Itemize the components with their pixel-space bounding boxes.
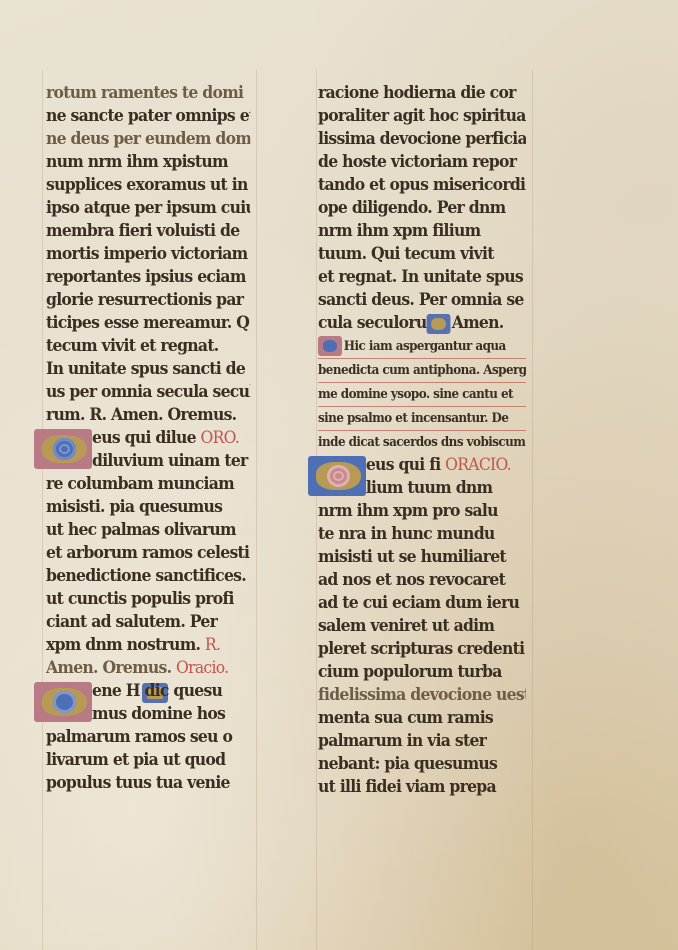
text-line: et regnat. In unitate spus [318,266,526,289]
text-line: supplices exoramus ut in [46,174,250,197]
rubric-line: sine psalmo et incensantur. De [318,407,526,431]
text-line: sancti deus. Per omnia se [318,289,526,312]
text-line: populus tuus tua venie [46,772,250,795]
text-line: palmarum ramos seu o [46,726,250,749]
small-initial-a [427,314,451,334]
text-line: us per omnia secula seculo [46,381,250,404]
text-line: xpm dnm nostrum. R. [46,634,250,657]
text-line: In unitate spus sancti de [46,358,250,381]
text-line: re columbam munciam [46,473,250,496]
rubric-word: ORACIO. [445,455,511,475]
text-line: num nrm ihm xpistum [46,151,250,174]
text-line: palmarum in via ster [318,730,526,753]
paragraph-opening: eus qui fi ORACIO. lium tuum dnm [318,454,544,500]
text-line: diluvium uinam ter [46,450,250,473]
text-line: nrm ihm xpm filium [318,220,526,243]
text-line: ticipes esse mereamur. Q [46,312,250,335]
text-line: ad nos et nos revocaret [318,569,526,592]
text-line: ne deus per eundem domi [46,128,250,151]
text-line: menta sua cum ramis [318,707,526,730]
text-line: lium tuum dnm [318,477,526,500]
text-line: tuum. Qui tecum vivit [318,243,526,266]
text-line: benedictione sanctifices. [46,565,250,588]
text-line: pleret scripturas credenti [318,638,526,661]
left-text-column: rotum ramentes te domi ne sancte pater o… [46,82,268,795]
text-line: racione hodierna die cor [318,82,526,105]
text-line: ne sancte pater omnips eter [46,105,250,128]
text-line: rum. R. Amen. Oremus. [46,404,250,427]
text-line: ope diligendo. Per dnm [318,197,526,220]
rubric-line: Hic iam aspergantur aqua [318,335,526,359]
text-line: tecum vivit et regnat. [46,335,250,358]
text-line: nrm ihm xpm pro salu [318,500,526,523]
text-line: eus qui fi ORACIO. [318,454,526,477]
text-line: poraliter agit hoc spiritua [318,105,526,128]
text-line: cula seculorum. Amen. [318,312,526,335]
rubric-word: ORO. [201,428,240,448]
text-line: lissima devocione perficiat [318,128,526,151]
text-line: ipso atque per ipsum cuius nos [46,197,250,220]
rubric-block: Hic iam aspergantur aqua benedicta cum a… [318,335,544,454]
text-line: ad te cui eciam dum ieru [318,592,526,615]
text-line: glorie resurrectionis par [46,289,250,312]
text-line: salem veniret ut adim [318,615,526,638]
text-line: misisti. pia quesumus [46,496,250,519]
text-line: ut illi fidei viam prepa [318,776,526,799]
manuscript-leaf: rotum ramentes te domi ne sancte pater o… [0,0,678,950]
rubric-word: Oracio. [176,658,228,678]
text-line: ene H dic quesu [46,680,250,703]
text-line: membra fieri voluisti de [46,220,250,243]
ruling-line [42,70,43,950]
text-line: ut cunctis populis profi [46,588,250,611]
text-line: misisti ut se humiliaret [318,546,526,569]
text-line: ut hec palmas olivarum [46,519,250,542]
text-line: eus qui dilue ORO. [46,427,250,450]
text-line: livarum et pia ut quod [46,749,250,772]
text-line: mus domine hos [46,703,250,726]
text-line: reportantes ipsius eciam [46,266,250,289]
text-line: cium populorum turba [318,661,526,684]
text-line: et arborum ramos celesti [46,542,250,565]
rubric-line: me domine ysopo. sine cantu et [318,383,526,407]
text-line: de hoste victoriam repor [318,151,526,174]
text-line: Amen. Oremus. Oracio. [46,657,250,680]
text-line: mortis imperio victoriam [46,243,250,266]
paragraph-opening: ene H dic quesu mus domine hos [46,680,268,726]
ruling-line [316,70,317,950]
rubric-line: benedicta cum antiphona. Asperges [318,359,526,383]
text-line: rotum ramentes te domi [46,82,250,105]
rubric-line: inde dicat sacerdos dns vobiscum. [318,431,526,454]
text-line: nebant: pia quesumus [318,753,526,776]
right-text-column: racione hodierna die cor poraliter agit … [318,82,544,799]
text-line: te nra in hunc mundu [318,523,526,546]
paragraph-opening: eus qui dilue ORO. diluvium uinam ter [46,427,268,473]
rubric-word: R. [205,635,220,655]
text-line: tando et opus misericordie summo [318,174,526,197]
text-line: fidelissima devocione uesti [318,684,526,707]
text-line: ciant ad salutem. Per [46,611,250,634]
